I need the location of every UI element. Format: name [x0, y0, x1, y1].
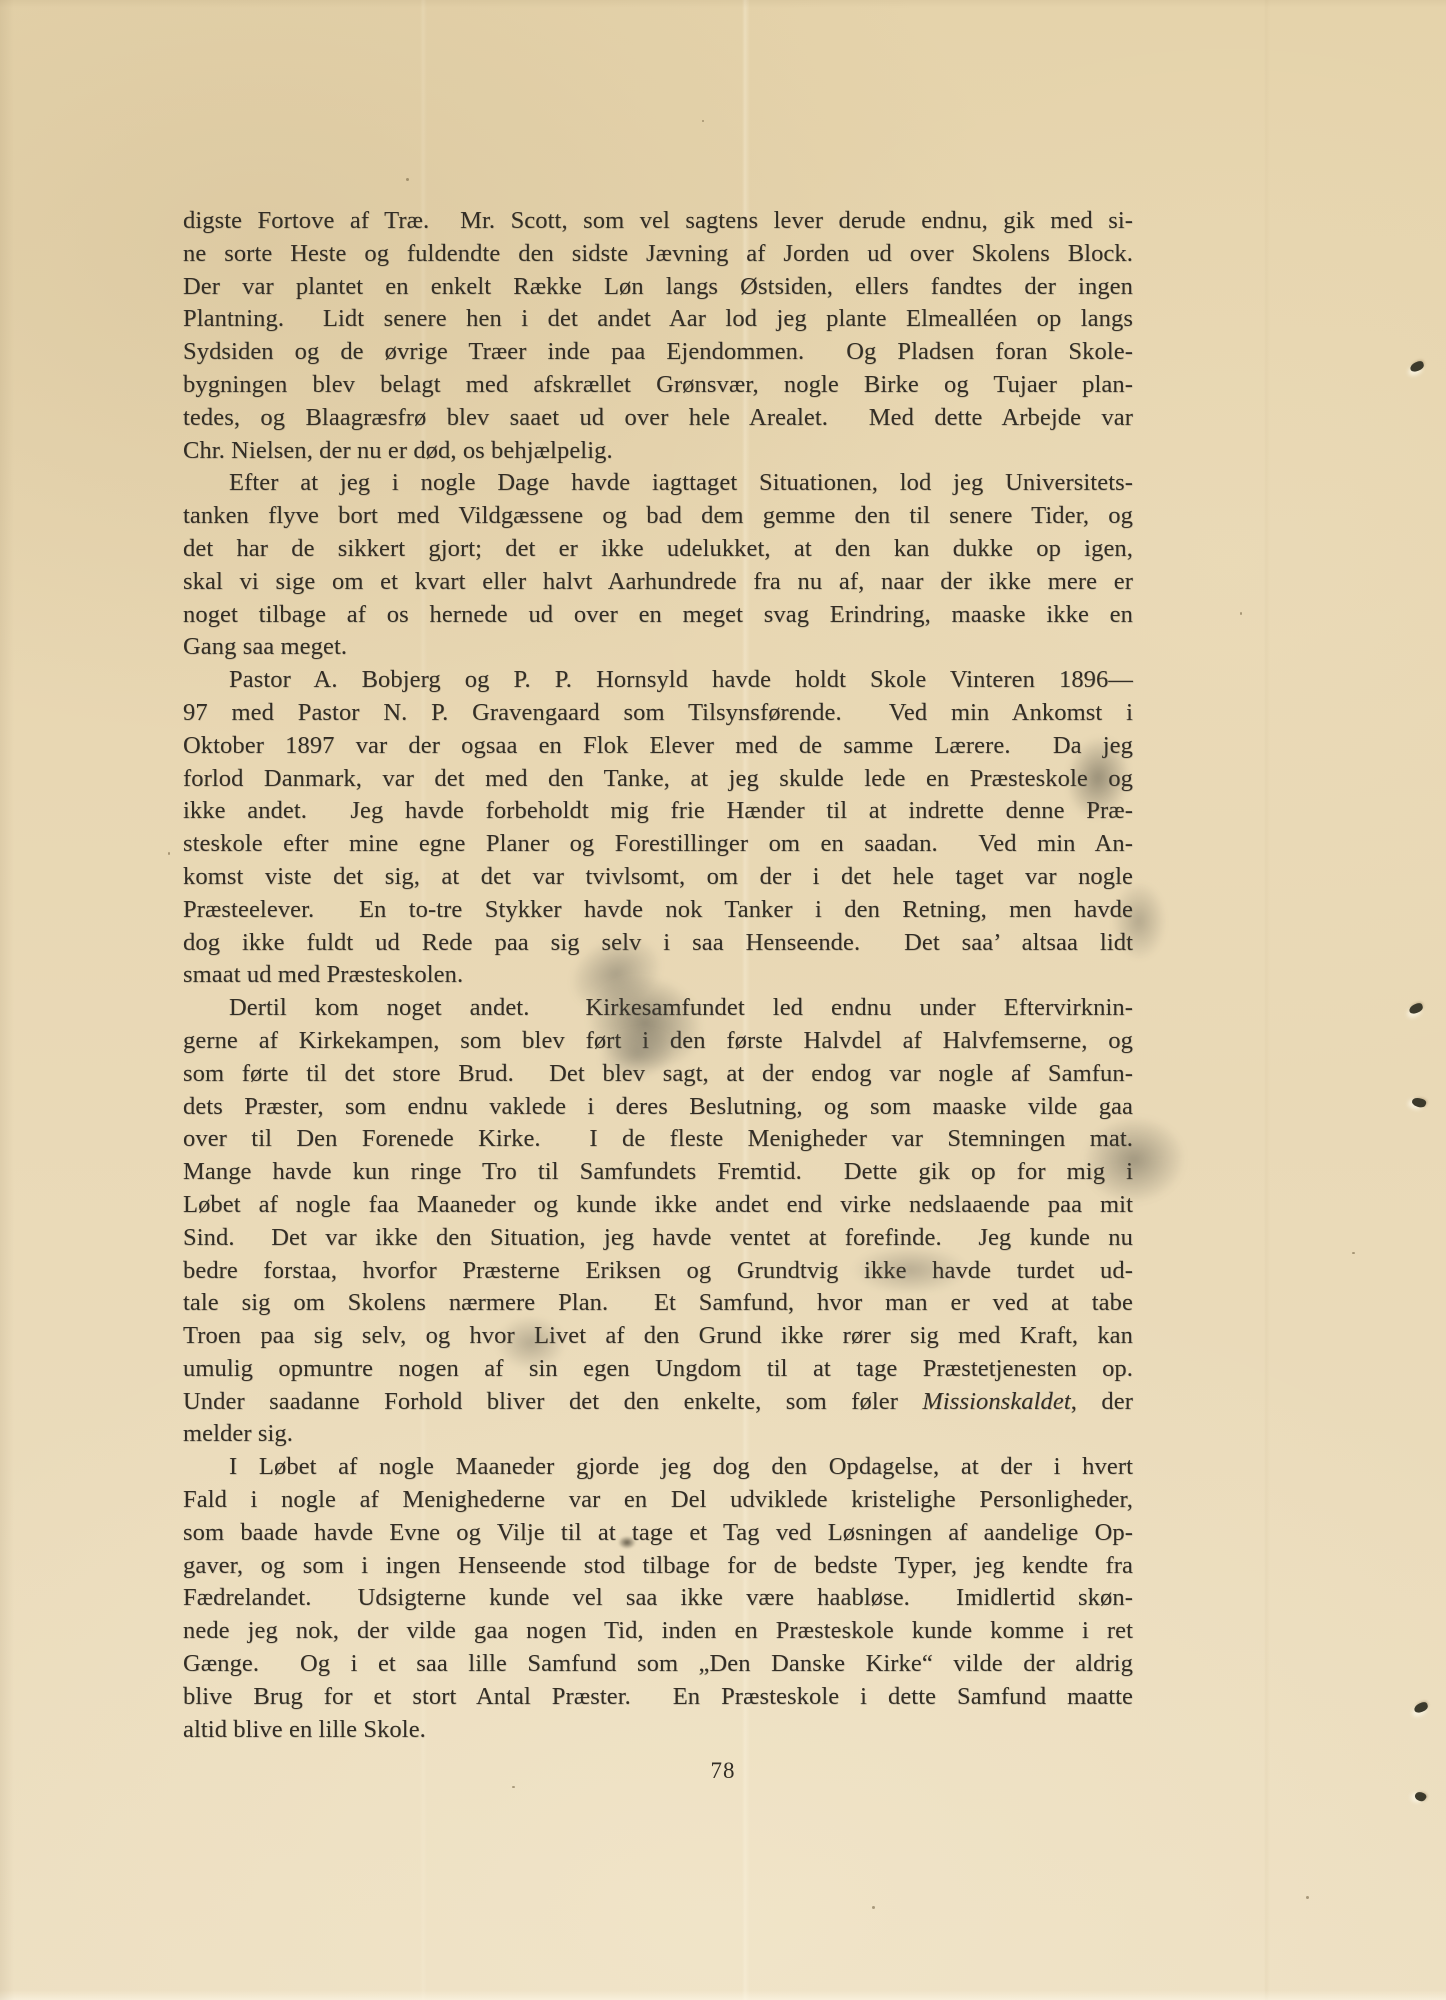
- text-line: Dertil kom noget andet. Kirkesamfundet l…: [183, 992, 1133, 1025]
- text-line: Efter at jeg i nogle Dage havde iagttage…: [183, 467, 1133, 500]
- text-line: bedre forstaa, hvorfor Præsterne Eriksen…: [183, 1255, 1133, 1288]
- text-line: bygningen blev belagt med afskrællet Grø…: [183, 369, 1133, 402]
- paper-speck: [1240, 612, 1242, 615]
- text-line: 97 med Pastor N. P. Gravengaard som Tils…: [183, 697, 1133, 730]
- text-line: som baade havde Evne og Vilje til at tag…: [183, 1517, 1133, 1550]
- text-line: ne sorte Heste og fuldendte den sidste J…: [183, 238, 1133, 271]
- paper-fleck: [1411, 1096, 1427, 1109]
- text-line: nede jeg nok, der vilde gaa nogen Tid, i…: [183, 1615, 1133, 1648]
- text-line: Under saadanne Forhold bliver det den en…: [183, 1386, 1133, 1419]
- text-line: over til Den Forenede Kirke. I de fleste…: [183, 1123, 1133, 1156]
- text-line: dets Præster, som endnu vaklede i deres …: [183, 1091, 1133, 1124]
- text-line: dog ikke fuldt ud Rede paa sig selv i sa…: [183, 927, 1133, 960]
- text-line: Fædrelandet. Udsigterne kunde vel saa ik…: [183, 1582, 1133, 1615]
- text-line: Gang saa meget.: [183, 631, 1133, 664]
- paper-fleck: [1413, 1701, 1429, 1714]
- text-block: digste Fortove af Træ. Mr. Scott, som ve…: [183, 205, 1133, 1746]
- paper-fleck: [1409, 360, 1425, 373]
- text-line: I Løbet af nogle Maaneder gjorde jeg dog…: [183, 1451, 1133, 1484]
- text-line: Troen paa sig selv, og hvor Livet af den…: [183, 1320, 1133, 1353]
- text-line: Mange havde kun ringe Tro til Samfundets…: [183, 1156, 1133, 1189]
- text-line: digste Fortove af Træ. Mr. Scott, som ve…: [183, 205, 1133, 238]
- text-line: Der var plantet en enkelt Række Løn lang…: [183, 271, 1133, 304]
- text-line: altid blive en lille Skole.: [183, 1714, 1133, 1747]
- text-line: tale sig om Skolens nærmere Plan. Et Sam…: [183, 1287, 1133, 1320]
- text-line: Gænge. Og i et saa lille Samfund som „De…: [183, 1648, 1133, 1681]
- text-line: Pastor A. Bobjerg og P. P. Hornsyld havd…: [183, 664, 1133, 697]
- page-number: 78: [0, 1758, 1446, 1784]
- text-line: Chr. Nielsen, der nu er død, os behjælpe…: [183, 435, 1133, 468]
- paper-speck: [702, 120, 704, 122]
- text-line: komst viste det sig, at det var tvivlsom…: [183, 861, 1133, 894]
- text-line: skal vi sige om et kvart eller halvt Aar…: [183, 566, 1133, 599]
- scanned-page: digste Fortove af Træ. Mr. Scott, som ve…: [0, 0, 1446, 2000]
- text-line: gerne af Kirkekampen, som blev ført i de…: [183, 1025, 1133, 1058]
- text-run-italic: Missionskaldet: [922, 1388, 1070, 1415]
- paper-speck: [512, 1786, 515, 1788]
- text-line: ikke andet. Jeg havde forbeholdt mig fri…: [183, 795, 1133, 828]
- text-line: tedes, og Blaagræsfrø blev saaet ud over…: [183, 402, 1133, 435]
- text-line: melder sig.: [183, 1418, 1133, 1451]
- text-line: blive Brug for et stort Antal Præster. E…: [183, 1681, 1133, 1714]
- text-line: det har de sikkert gjort; det er ikke ud…: [183, 533, 1133, 566]
- text-line: umulig opmuntre nogen af sin egen Ungdom…: [183, 1353, 1133, 1386]
- text-line: Sydsiden og de øvrige Træer inde paa Eje…: [183, 336, 1133, 369]
- text-line: smaat ud med Præsteskolen.: [183, 959, 1133, 992]
- text-line: Sind. Det var ikke den Situation, jeg ha…: [183, 1222, 1133, 1255]
- text-line: Løbet af nogle faa Maaneder og kunde ikk…: [183, 1189, 1133, 1222]
- text-line: Oktober 1897 var der ogsaa en Flok Eleve…: [183, 730, 1133, 763]
- text-run: , der: [1071, 1388, 1133, 1415]
- paper-fleck: [1408, 1002, 1424, 1015]
- paper-speck: [1306, 1896, 1309, 1899]
- text-line: Plantning. Lidt senere hen i det andet A…: [183, 303, 1133, 336]
- text-line: steskole efter mine egne Planer og Fores…: [183, 828, 1133, 861]
- paper-speck: [1352, 1252, 1355, 1254]
- text-line: noget tilbage af os hernede ud over en m…: [183, 599, 1133, 632]
- text-line: tanken flyve bort med Vildgæssene og bad…: [183, 500, 1133, 533]
- paper-speck: [406, 178, 409, 181]
- text-line: Præsteelever. En to-tre Stykker havde no…: [183, 894, 1133, 927]
- text-line: gaver, og som i ingen Henseende stod til…: [183, 1550, 1133, 1583]
- text-run: Under saadanne Forhold bliver det den en…: [183, 1388, 922, 1415]
- paper-speck: [872, 1906, 875, 1909]
- paper-fleck: [1413, 1790, 1427, 1803]
- text-line: forlod Danmark, var det med den Tanke, a…: [183, 763, 1133, 796]
- text-line: som førte til det store Brud. Det blev s…: [183, 1058, 1133, 1091]
- paper-speck: [168, 852, 170, 855]
- text-line: Fald i nogle af Menighederne var en Del …: [183, 1484, 1133, 1517]
